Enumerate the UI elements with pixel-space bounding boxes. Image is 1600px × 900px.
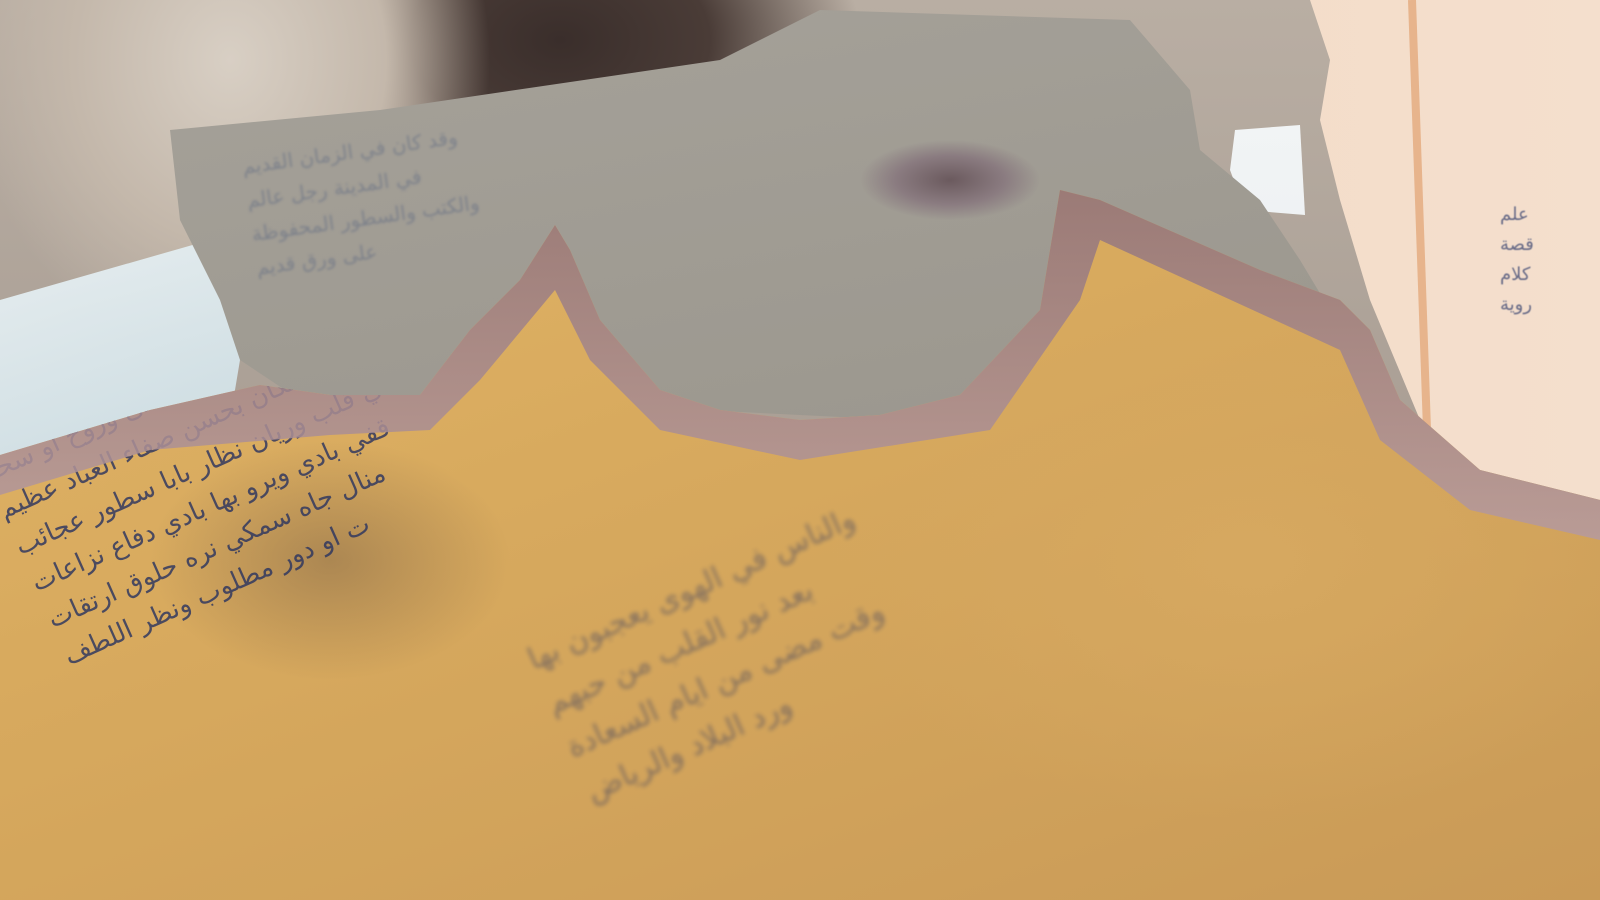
front-page-script-out-of-focus: ﻭﺍﻟﻨﺎﺱ ﻓﻲ ﺍﻟﻬﻮﻯ ﻳﻌﺠﺒﻮﻥ ﺑﻬﺎ ﺑﻌﺪ ﻧﻮﺭ ﺍﻟﻘﻠﺐ… — [520, 496, 922, 816]
right-page-script: ﻋﻠﻢ ﻗﺼﺔ ﻛﻼﻡ ﺭﻭﻳﺔ — [1500, 200, 1534, 320]
back-page-script: ﻭﻗﺪ ﻛﺎﻥ ﻓﻲ ﺍﻟﺰﻣﺎﻥ ﺍﻟﻘﺪﻳﻢ ﻓﻲ ﺍﻟﻤﺪﻳﻨﺔ ﺭﺟﻞ … — [240, 118, 486, 285]
